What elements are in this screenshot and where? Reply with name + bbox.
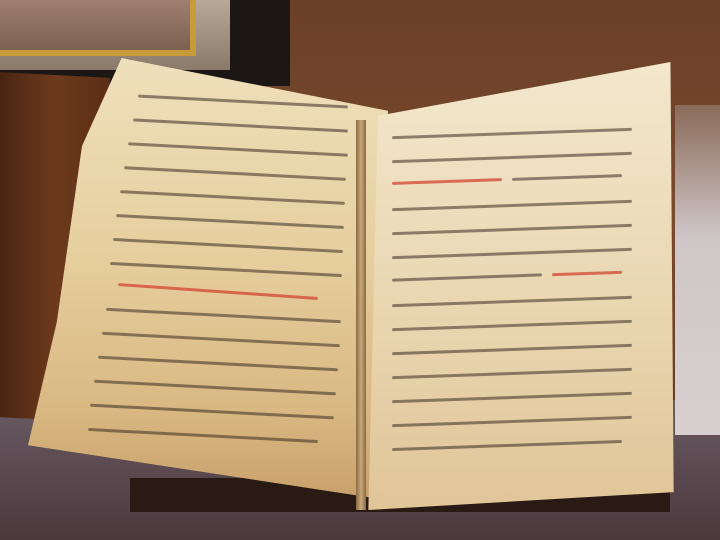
frame-mat xyxy=(0,0,230,70)
handwritten-text-lines xyxy=(362,62,680,510)
photo-scene: Open antique handwritten Arabic-script m… xyxy=(0,0,720,540)
book-spine xyxy=(356,120,366,510)
book-stand-right-panel xyxy=(675,105,720,435)
frame-gold-border xyxy=(0,0,196,56)
manuscript-right-page xyxy=(362,62,680,510)
